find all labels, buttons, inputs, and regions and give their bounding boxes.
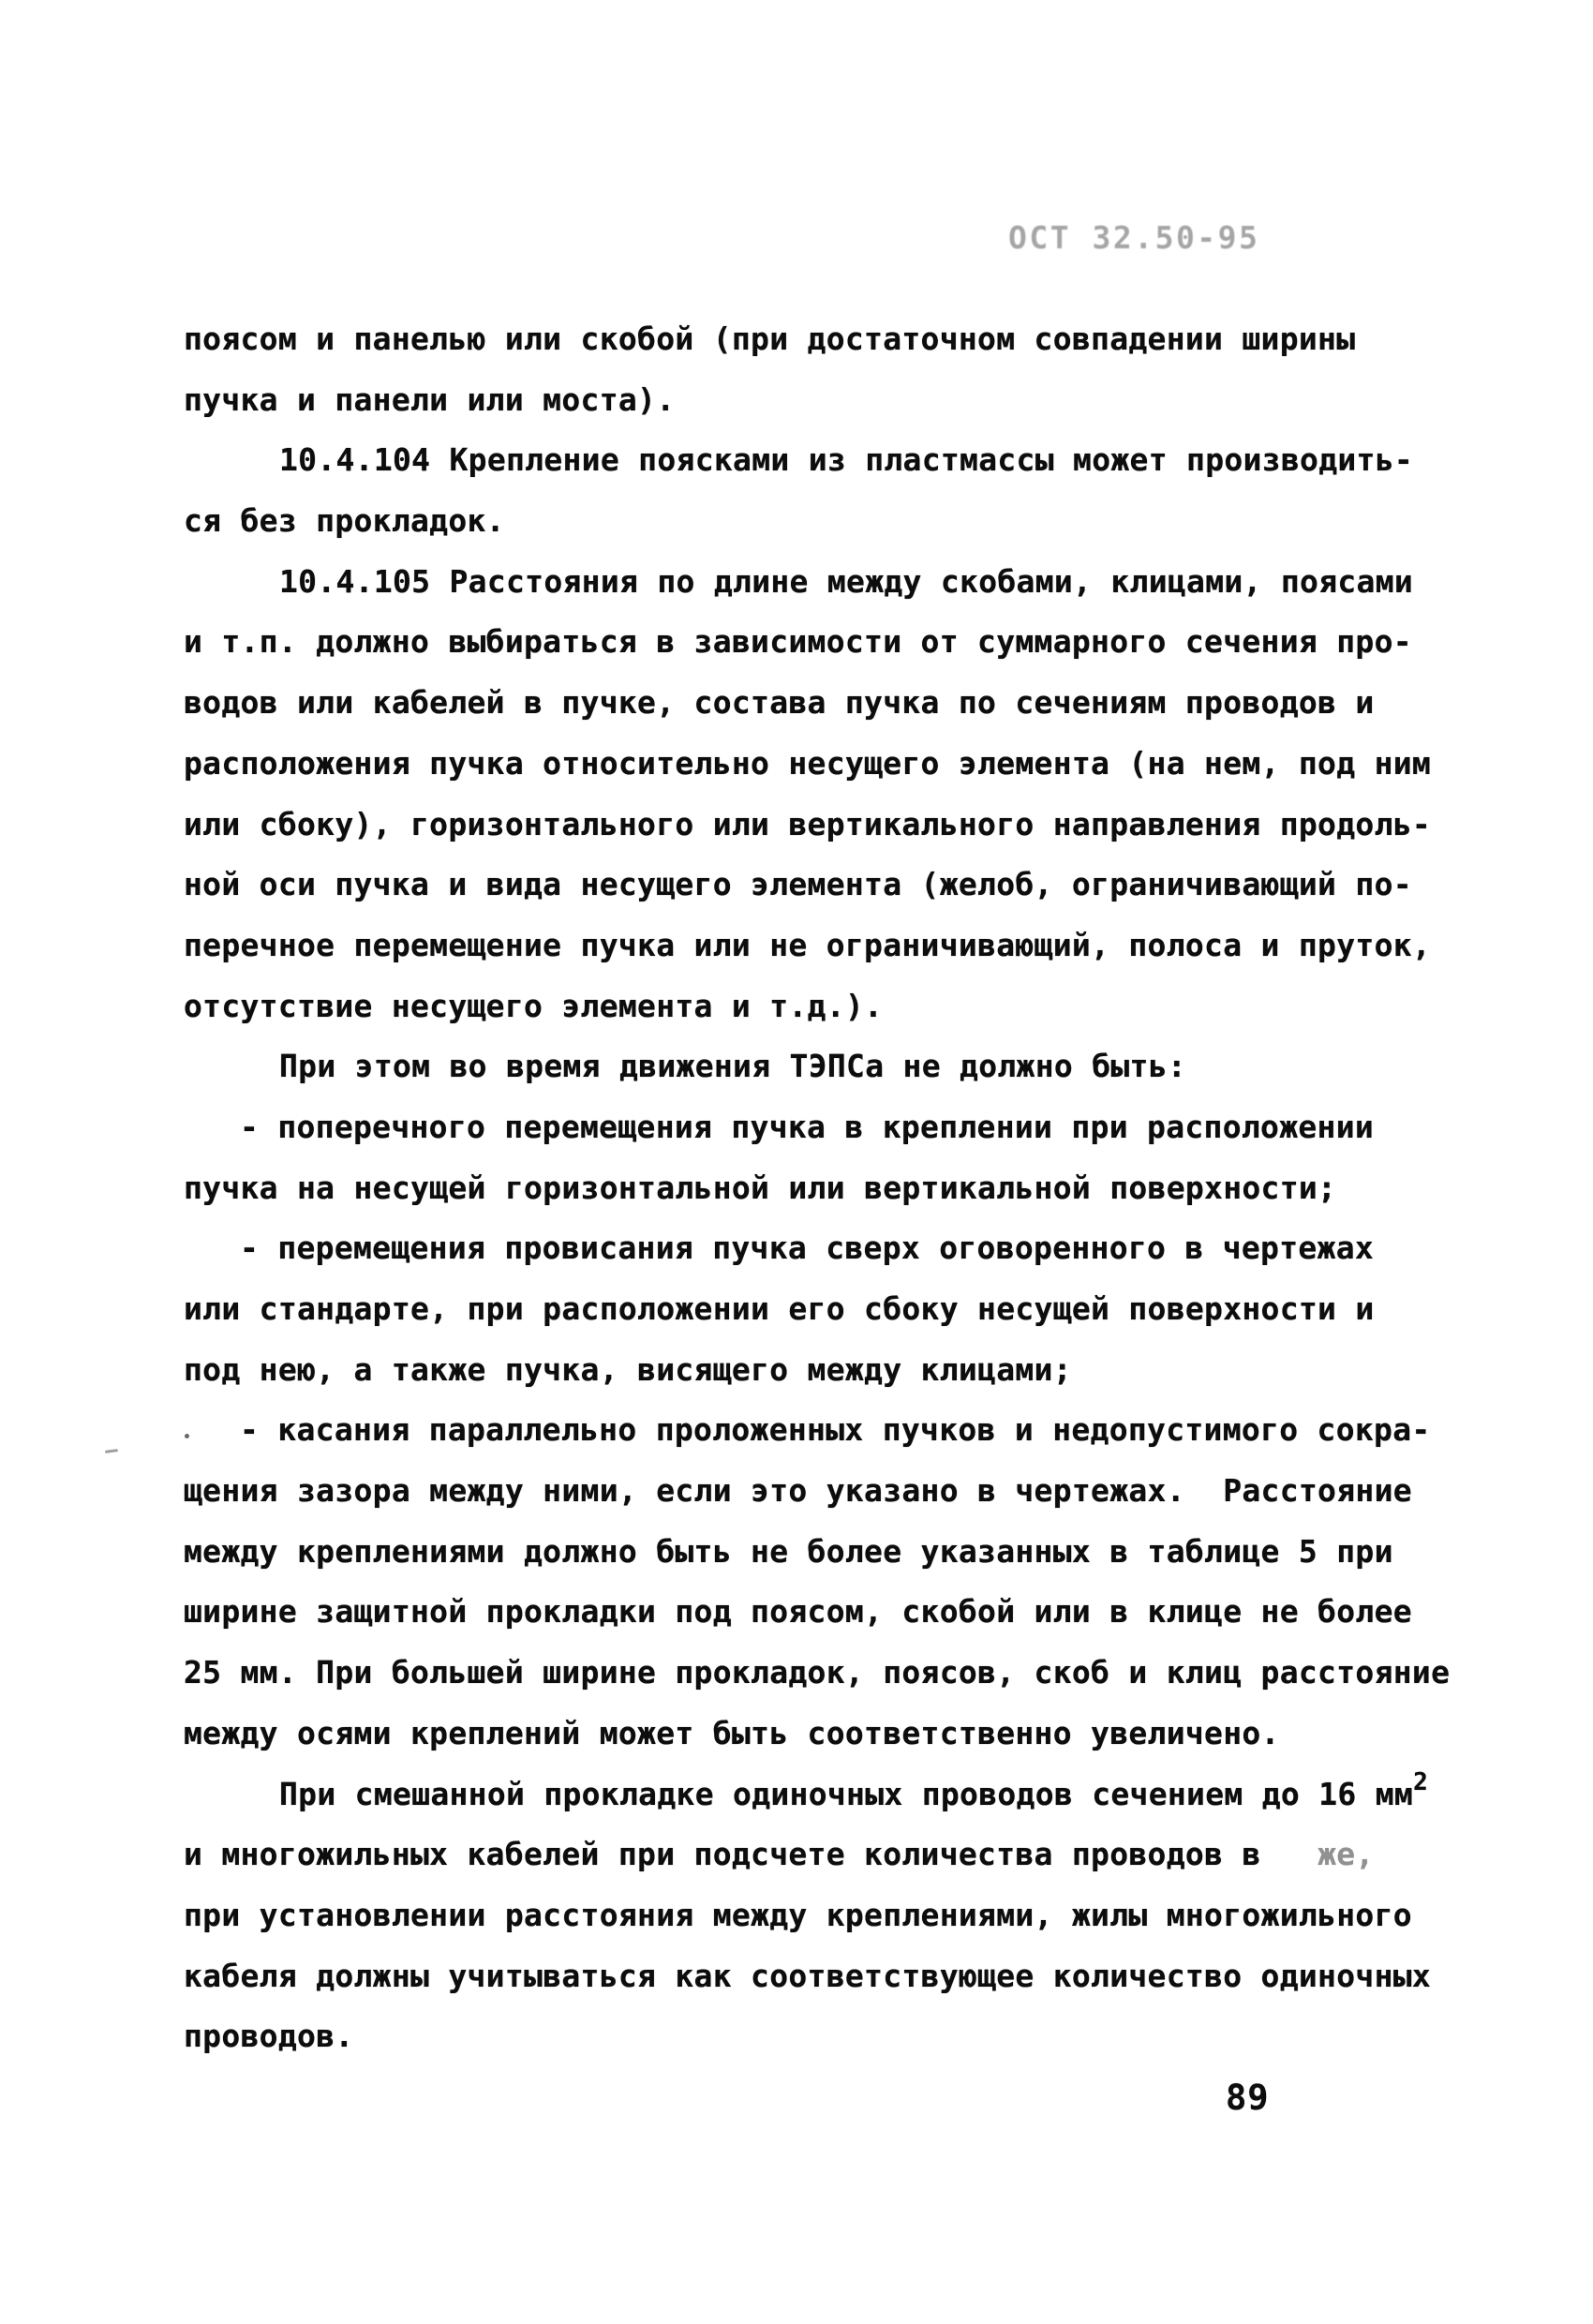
- text-line: расположения пучка относительно несущего…: [184, 734, 1496, 795]
- text-line: кабеля должны учитываться как соответств…: [184, 1946, 1496, 2007]
- text-line: под нею, а также пучка, висящего между к…: [184, 1340, 1496, 1401]
- text-line: При смешанной прокладке одиночных провод…: [184, 1765, 1496, 1825]
- faded-text: же,: [1261, 1836, 1375, 1872]
- ink-speck: [185, 1434, 189, 1438]
- text-line: пучка на несущей горизонтальной или верт…: [184, 1158, 1496, 1219]
- text-line: 10.4.104 Крепление поясками из пластмасс…: [184, 430, 1496, 491]
- text-line: перечное перемещение пучка или не ограни…: [184, 916, 1496, 976]
- text-line: поясом и панелью или скобой (при достато…: [184, 309, 1496, 370]
- standard-number-header: ОСТ 32.50-95: [1008, 219, 1259, 256]
- text-line: и многожильных кабелей при подсчете коли…: [184, 1825, 1496, 1885]
- text-line: пучка и панели или моста).: [184, 370, 1496, 431]
- text-line: - касания параллельно проложенных пучков…: [184, 1400, 1496, 1461]
- text-line: при установлении расстояния между крепле…: [184, 1885, 1496, 1946]
- text-line: - поперечного перемещения пучка в крепле…: [184, 1097, 1496, 1158]
- text-line: щения зазора между ними, если это указан…: [184, 1461, 1496, 1522]
- text-line: и т.п. должно выбираться в зависимости о…: [184, 612, 1496, 673]
- text-line: или сбоку), горизонтального или вертикал…: [184, 795, 1496, 856]
- text-line: ширине защитной прокладки под поясом, ск…: [184, 1582, 1496, 1643]
- text-line: отсутствие несущего элемента и т.д.).: [184, 976, 1496, 1037]
- text-line: ся без прокладок.: [184, 491, 1496, 552]
- text-line: При этом во время движения ТЭПСа не долж…: [184, 1036, 1496, 1097]
- superscript: 2: [1413, 1768, 1428, 1796]
- page-number: 89: [1226, 2078, 1270, 2118]
- text-line: 25 мм. При большей ширине прокладок, поя…: [184, 1643, 1496, 1704]
- ink-speck: [105, 1449, 118, 1453]
- text-line: водов или кабелей в пучке, состава пучка…: [184, 673, 1496, 734]
- text-line: или стандарте, при расположении его сбок…: [184, 1279, 1496, 1340]
- text-line: ной оси пучка и вида несущего элемента (…: [184, 855, 1496, 916]
- text-line: - перемещения провисания пучка сверх ого…: [184, 1218, 1496, 1279]
- body-text: поясом и панелью или скобой (при достато…: [184, 309, 1496, 2067]
- text-line: 10.4.105 Расстояния по длине между скоба…: [184, 552, 1496, 613]
- text-line: между осями креплений может быть соответ…: [184, 1704, 1496, 1765]
- scanned-document-page: ОСТ 32.50-95 поясом и панелью или скобой…: [0, 0, 1593, 2324]
- text-line: проводов.: [184, 2006, 1496, 2067]
- text-line: между креплениями должно быть не более у…: [184, 1522, 1496, 1583]
